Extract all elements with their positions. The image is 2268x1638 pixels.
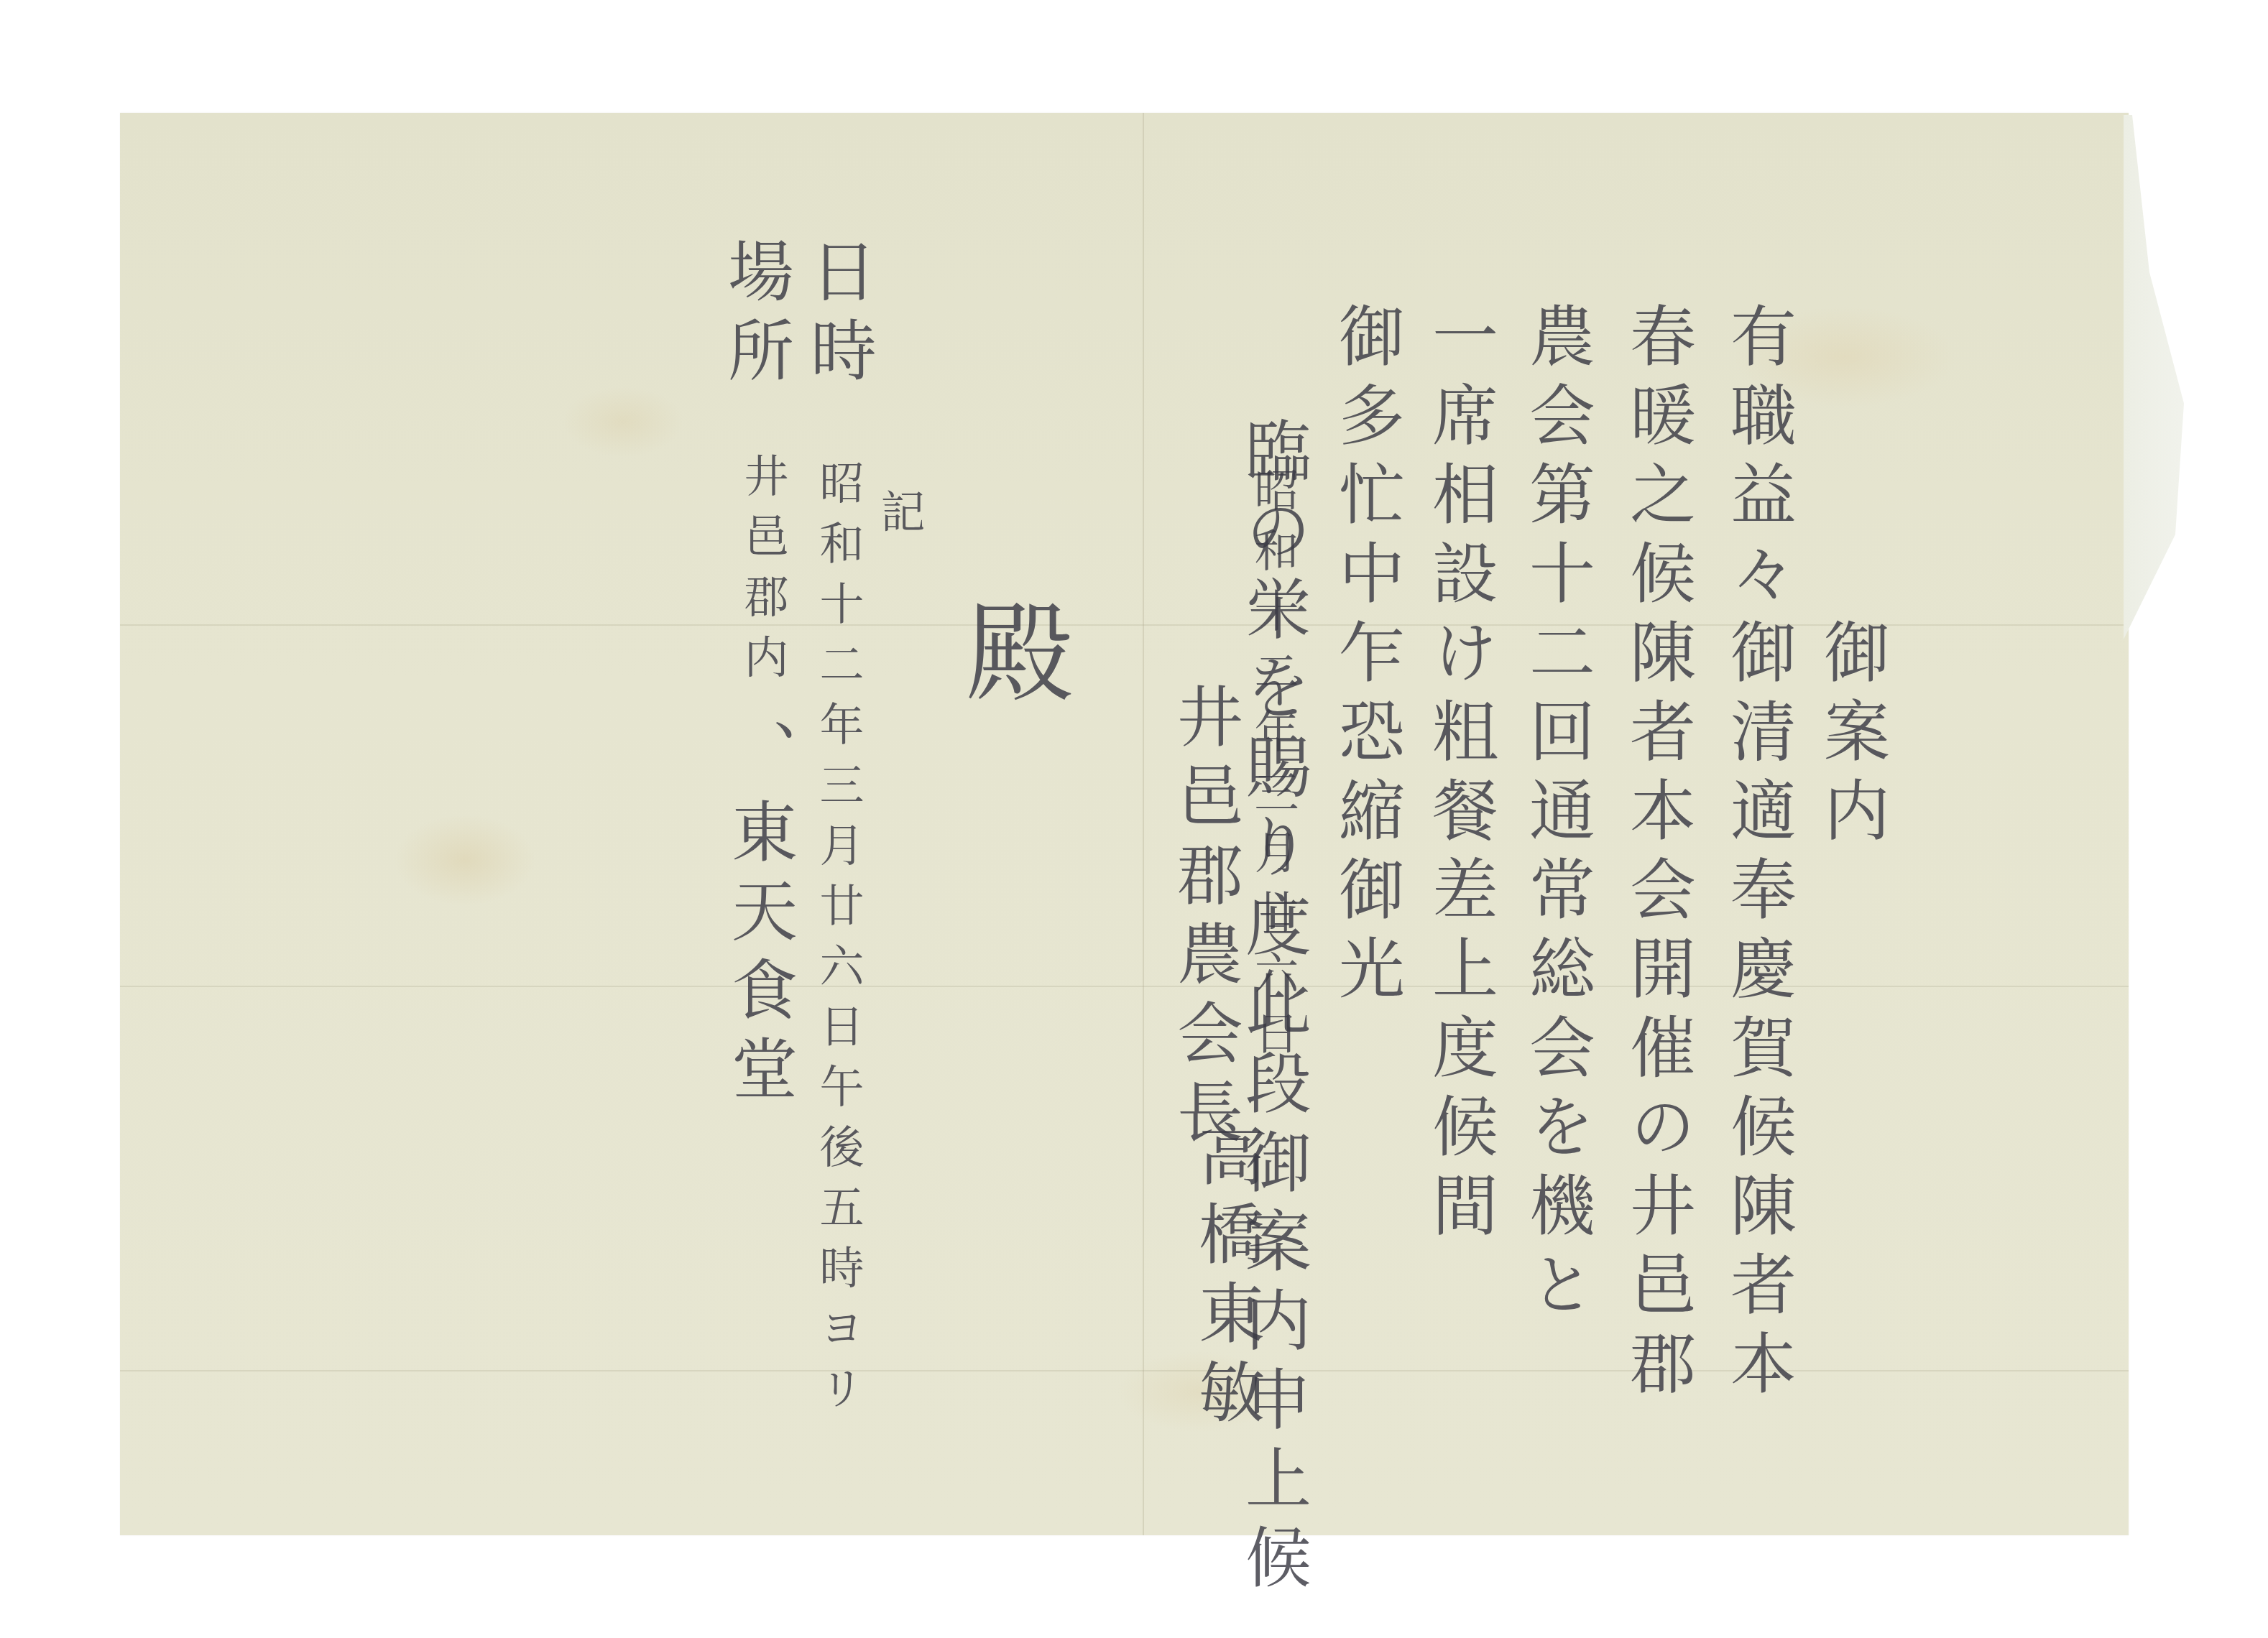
curled-paper-edge: [2124, 115, 2210, 639]
datetime-label: 日時: [805, 237, 871, 395]
body-column-5: 御多忙中乍恐縮御光: [1333, 302, 1399, 1013]
place-label: 場所: [722, 237, 788, 395]
body-column-2: 春暖之候陳者本会開催の井邑郡: [1624, 302, 1690, 1408]
fold-line-horizontal: [120, 1370, 2129, 1371]
sender-name: 高橋東敏: [1193, 1121, 1259, 1437]
letter-heading: 御案内: [1818, 618, 1884, 855]
ki-heading: 記: [877, 489, 921, 549]
datetime-value: 昭和十二年三月廿六日午後五時ヨリ: [816, 460, 860, 1425]
fold-line-horizontal: [120, 986, 2129, 987]
place-value-2: 、東天食堂: [726, 718, 792, 1114]
fold-line-vertical: [1143, 113, 1144, 1535]
sender-title: 井邑郡農会長: [1171, 682, 1237, 1157]
addressee-honorific: 殿: [956, 596, 1064, 717]
body-column-4: 一席相設け粗餐差上度候間: [1426, 302, 1493, 1250]
body-column-1: 有職益々御清適奉慶賀候陳者本: [1725, 302, 1791, 1408]
letter-date: 昭和十二年三月廿六日: [1250, 467, 1295, 1070]
place-value-1: 井邑郡内: [740, 453, 785, 694]
body-column-3: 農会第十二回通常総会を機と: [1523, 302, 1590, 1329]
